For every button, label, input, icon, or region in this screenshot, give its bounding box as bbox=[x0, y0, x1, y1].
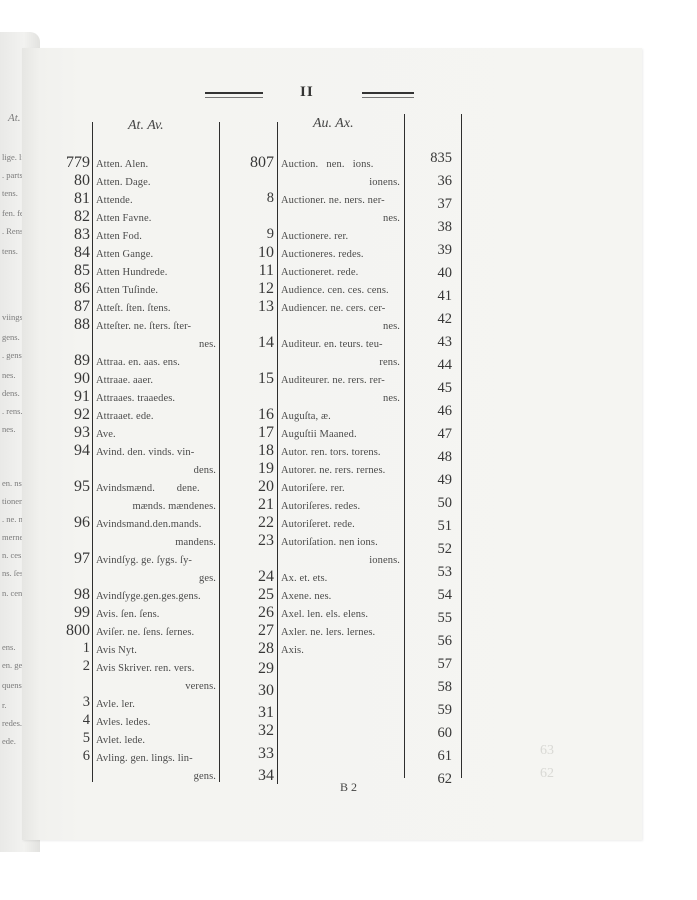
page-reference-number: 42 bbox=[412, 311, 452, 328]
column-rule bbox=[404, 114, 405, 778]
facing-page-fragment: tens. bbox=[2, 246, 18, 256]
entry-continuation: ionens. bbox=[281, 177, 400, 188]
page-reference-number: 44 bbox=[412, 357, 452, 374]
entry-number: 86 bbox=[50, 280, 90, 298]
entry-number: 6 bbox=[50, 748, 90, 765]
entry-number: 15 bbox=[234, 370, 274, 388]
entry-number: 31 bbox=[234, 704, 274, 722]
entry-headword: Audiencer. ne. cers. cer- bbox=[281, 303, 385, 314]
entry-headword: Audience. cen. ces. cens. bbox=[281, 285, 389, 296]
entry-continuation: mandens. bbox=[96, 537, 216, 548]
page-reference-number: 60 bbox=[412, 725, 452, 742]
page-reference-number: 59 bbox=[412, 702, 452, 719]
entry-headword: Autoriſeret. rede. bbox=[281, 519, 355, 530]
entry-headword: Avind. den. vinds. vin- bbox=[96, 447, 194, 458]
page-reference-number: 45 bbox=[412, 380, 452, 397]
entry-headword: Atten. Alen. bbox=[96, 159, 148, 170]
entry-headword: Atteſt. ſten. ſtens. bbox=[96, 303, 171, 314]
column-rule bbox=[92, 122, 93, 782]
entry-headword: Avindsmand.den.mands. bbox=[96, 519, 201, 530]
facing-page-fragment: . ne. n bbox=[2, 514, 23, 524]
entry-headword: Avlet. lede. bbox=[96, 735, 145, 746]
entry-number: 34 bbox=[234, 767, 274, 785]
page-reference-number: 38 bbox=[412, 219, 452, 236]
entry-headword: Attraaes. traaedes. bbox=[96, 393, 175, 404]
entry-headword: Auditeur. en. teurs. teu- bbox=[281, 339, 383, 350]
entry-number: 99 bbox=[50, 604, 90, 622]
page-reference-number: 46 bbox=[412, 403, 452, 420]
entry-continuation: nes. bbox=[281, 393, 400, 404]
entry-headword: Atten Favne. bbox=[96, 213, 151, 224]
facing-page-fragment: tens. bbox=[2, 188, 18, 198]
page-reference-number: 58 bbox=[412, 679, 452, 696]
entry-number: 92 bbox=[50, 406, 90, 424]
entry-number: 89 bbox=[50, 352, 90, 370]
entry-number: 807 bbox=[234, 154, 274, 172]
page-reference-number: 47 bbox=[412, 426, 452, 443]
entry-number: 17 bbox=[234, 424, 274, 442]
page-reference-number: 43 bbox=[412, 334, 452, 351]
entry-headword: Auguſtii Maaned. bbox=[281, 429, 357, 440]
entry-headword: Avis. ſen. ſens. bbox=[96, 609, 160, 620]
entry-number: 96 bbox=[50, 514, 90, 532]
entry-headword: Ax. et. ets. bbox=[281, 573, 327, 584]
entry-number: 94 bbox=[50, 442, 90, 460]
entry-headword: Aviſer. ne. ſens. ſernes. bbox=[96, 627, 194, 638]
facing-page-fragment: dens. bbox=[2, 388, 20, 398]
entry-continuation: mænds. mændenes. bbox=[96, 501, 216, 512]
page-reference-number: 50 bbox=[412, 495, 452, 512]
facing-page-fragment: At. bbox=[8, 112, 21, 124]
entry-number: 3 bbox=[50, 694, 90, 711]
entry-number: 779 bbox=[50, 154, 90, 172]
entry-number: 9 bbox=[234, 226, 274, 243]
entry-continuation: ionens. bbox=[281, 555, 400, 566]
entry-headword: Avle. ler. bbox=[96, 699, 135, 710]
entry-number: 93 bbox=[50, 424, 90, 442]
entry-number: 28 bbox=[234, 640, 274, 658]
page-reference-number: 61 bbox=[412, 748, 452, 765]
entry-number: 32 bbox=[234, 722, 274, 740]
entry-headword: Auctioner. ne. ners. ner- bbox=[281, 195, 385, 206]
entry-headword: Atten Gange. bbox=[96, 249, 153, 260]
entry-headword: Auctionere. rer. bbox=[281, 231, 348, 242]
page-reference-number: 51 bbox=[412, 518, 452, 535]
entry-continuation: dens. bbox=[96, 465, 216, 476]
header-rule-left bbox=[205, 92, 263, 98]
entry-number: 90 bbox=[50, 370, 90, 388]
entry-number: 2 bbox=[50, 658, 90, 675]
page-reference-number: 54 bbox=[412, 587, 452, 604]
entry-headword: Axler. ne. lers. lernes. bbox=[281, 627, 375, 638]
entry-headword: Auctioneres. redes. bbox=[281, 249, 364, 260]
entry-number: 85 bbox=[50, 262, 90, 280]
entry-number: 88 bbox=[50, 316, 90, 334]
facing-page-fragment: nes. bbox=[2, 424, 15, 434]
entry-headword: Attraa. en. aas. ens. bbox=[96, 357, 180, 368]
entry-headword: Auctioneret. rede. bbox=[281, 267, 358, 278]
entry-number: 82 bbox=[50, 208, 90, 226]
entry-number: 81 bbox=[50, 190, 90, 208]
entry-continuation: verens. bbox=[96, 681, 216, 692]
column-header-at-av: At. Av. bbox=[128, 118, 164, 134]
column-header-au-ax: Au. Ax. bbox=[313, 116, 354, 132]
facing-page-fragment: r. bbox=[2, 700, 7, 710]
entry-headword: Ave. bbox=[96, 429, 116, 440]
entry-headword: Avling. gen. lings. lin- bbox=[96, 753, 193, 764]
entry-headword: Autoriſere. rer. bbox=[281, 483, 345, 494]
facing-page-fragment: quens. bbox=[2, 680, 24, 690]
entry-headword: Attraaet. ede. bbox=[96, 411, 154, 422]
entry-number: 21 bbox=[234, 496, 274, 514]
column-rule bbox=[219, 122, 220, 782]
entry-headword: Atteſter. ne. ſters. ſter- bbox=[96, 321, 191, 332]
entry-headword: Axel. len. els. elens. bbox=[281, 609, 368, 620]
show-through-number: 63 bbox=[540, 743, 554, 759]
entry-number: 18 bbox=[234, 442, 274, 460]
entry-headword: Avindſyg. ge. ſygs. ſy- bbox=[96, 555, 192, 566]
page-reference-number: 40 bbox=[412, 265, 452, 282]
entry-headword: Atten Fod. bbox=[96, 231, 142, 242]
entry-number: 22 bbox=[234, 514, 274, 532]
entry-headword: Attende. bbox=[96, 195, 133, 206]
entry-number: 87 bbox=[50, 298, 90, 316]
entry-number: 14 bbox=[234, 334, 274, 352]
entry-headword: Atten Hundrede. bbox=[96, 267, 167, 278]
entry-number: 12 bbox=[234, 280, 274, 298]
entry-headword: Avles. ledes. bbox=[96, 717, 150, 728]
entry-number: 16 bbox=[234, 406, 274, 424]
header-rule-right bbox=[362, 92, 414, 98]
entry-number: 10 bbox=[234, 244, 274, 262]
entry-number: 800 bbox=[50, 622, 90, 640]
page-number: II bbox=[300, 84, 314, 101]
column-rule bbox=[277, 122, 278, 784]
entry-headword: Auction. nen. ions. bbox=[281, 159, 373, 170]
show-through-number: 62 bbox=[540, 766, 554, 782]
page-reference-number: 56 bbox=[412, 633, 452, 650]
page-reference-number: 39 bbox=[412, 242, 452, 259]
page-reference-number: 62 bbox=[412, 771, 452, 788]
entry-number: 25 bbox=[234, 586, 274, 604]
entry-number: 8 bbox=[234, 190, 274, 207]
entry-number: 5 bbox=[50, 730, 90, 747]
facing-page-fragment: en. ge bbox=[2, 660, 22, 670]
signature-mark: B 2 bbox=[340, 780, 357, 795]
entry-headword: Autoriſeres. redes. bbox=[281, 501, 360, 512]
entry-number: 1 bbox=[50, 640, 90, 657]
entry-continuation: ges. bbox=[96, 573, 216, 584]
entry-number: 83 bbox=[50, 226, 90, 244]
page-reference-number: 53 bbox=[412, 564, 452, 581]
entry-number: 11 bbox=[234, 262, 274, 280]
facing-page-fragment: gens. bbox=[2, 332, 20, 342]
facing-page-fragment: en. ns bbox=[2, 478, 22, 488]
entry-continuation: nes. bbox=[281, 213, 400, 224]
page-reference-number: 41 bbox=[412, 288, 452, 305]
entry-headword: Avindſyge.gen.ges.gens. bbox=[96, 591, 201, 602]
entry-number: 19 bbox=[234, 460, 274, 478]
entry-headword: Avis Skriver. ren. vers. bbox=[96, 663, 194, 674]
facing-page-fragment: ens. bbox=[2, 642, 15, 652]
entry-number: 91 bbox=[50, 388, 90, 406]
entry-number: 20 bbox=[234, 478, 274, 496]
entry-headword: Attraae. aaer. bbox=[96, 375, 153, 386]
entry-number: 80 bbox=[50, 172, 90, 190]
entry-headword: Atten. Dage. bbox=[96, 177, 151, 188]
entry-headword: Atten Tuſinde. bbox=[96, 285, 158, 296]
entry-headword: Avindsmænd. dene. bbox=[96, 483, 200, 494]
entry-continuation: nes. bbox=[96, 339, 216, 350]
entry-number: 84 bbox=[50, 244, 90, 262]
page-reference-number: 835 bbox=[412, 150, 452, 167]
entry-headword: Autor. ren. tors. torens. bbox=[281, 447, 381, 458]
facing-page-fragment: redes. bbox=[2, 718, 22, 728]
entry-number: 4 bbox=[50, 712, 90, 729]
page-reference-number: 55 bbox=[412, 610, 452, 627]
entry-headword: Avis Nyt. bbox=[96, 645, 137, 656]
entry-continuation: rens. bbox=[281, 357, 400, 368]
facing-page-fragment: ede. bbox=[2, 736, 16, 746]
page-reference-number: 36 bbox=[412, 173, 452, 190]
entry-number: 33 bbox=[234, 745, 274, 763]
entry-number: 97 bbox=[50, 550, 90, 568]
page-reference-number: 49 bbox=[412, 472, 452, 489]
entry-continuation: nes. bbox=[281, 321, 400, 332]
page-reference-number: 48 bbox=[412, 449, 452, 466]
column-rule bbox=[461, 114, 462, 778]
entry-headword: Axis. bbox=[281, 645, 304, 656]
entry-number: 27 bbox=[234, 622, 274, 640]
entry-headword: Autoriſation. nen ions. bbox=[281, 537, 378, 548]
entry-number: 24 bbox=[234, 568, 274, 586]
entry-headword: Auditeurer. ne. rers. rer- bbox=[281, 375, 385, 386]
entry-number: 13 bbox=[234, 298, 274, 316]
entry-number: 29 bbox=[234, 660, 274, 678]
entry-number: 26 bbox=[234, 604, 274, 622]
page-reference-number: 57 bbox=[412, 656, 452, 673]
entry-headword: Axene. nes. bbox=[281, 591, 331, 602]
entry-headword: Auguſta, æ. bbox=[281, 411, 331, 422]
facing-page-fragment: nes. bbox=[2, 370, 15, 380]
page-reference-number: 37 bbox=[412, 196, 452, 213]
entry-number: 23 bbox=[234, 532, 274, 550]
entry-continuation: gens. bbox=[96, 771, 216, 782]
page-reference-number: 52 bbox=[412, 541, 452, 558]
entry-number: 30 bbox=[234, 682, 274, 700]
entry-headword: Autorer. ne. rers. rernes. bbox=[281, 465, 385, 476]
entry-number: 98 bbox=[50, 586, 90, 604]
entry-number: 95 bbox=[50, 478, 90, 496]
